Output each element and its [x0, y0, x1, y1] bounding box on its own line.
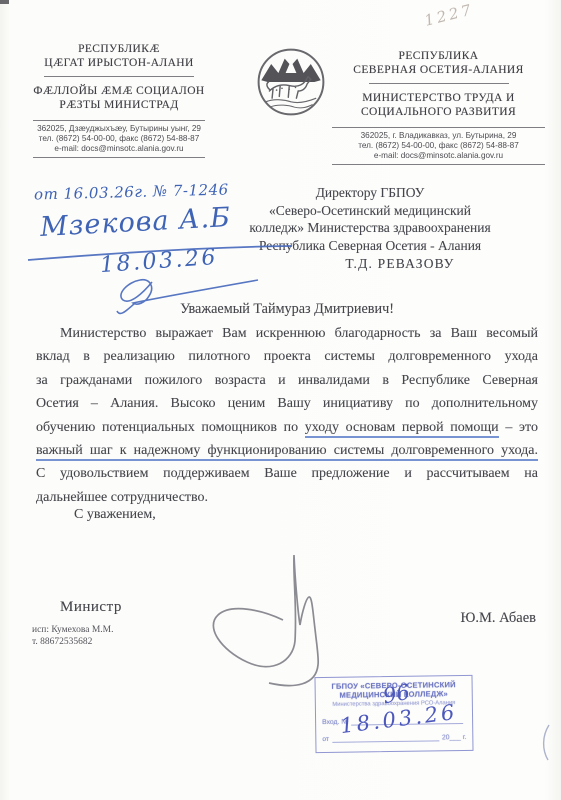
- north-ossetia-coat-of-arms-icon: [255, 46, 327, 118]
- executor-phone: т. 88672535682: [32, 637, 113, 649]
- header-divider: [332, 127, 545, 128]
- stamp-incoming-number-handwriting: 96: [381, 680, 411, 708]
- stamp-date-label: от: [322, 736, 329, 743]
- minister-title: Министр: [60, 599, 122, 616]
- scan-corner-artifact: [0, 0, 9, 4]
- recipient-block: Директору ГБПОУ «Северо-Осетинский медиц…: [245, 184, 495, 254]
- header-left-column: РЕСПУБЛИКÆ ЦÆГАТ ИРЫСТОН-АЛАНИ ФÆЛЛОЙЫ Æ…: [33, 42, 205, 162]
- ministry-name-ossetian-line2: РÆЗТЫ МИНИСТРАД: [33, 98, 205, 112]
- body-text: обучению потенциальных помощников по: [36, 420, 305, 435]
- executor-note: исп: Кумехова М.М. т. 88672535682: [32, 625, 113, 648]
- closing-phrase: С уважением,: [74, 507, 156, 523]
- scanned-letter-page: 1227 РЕСПУБЛИКÆ ЦÆГАТ ИРЫСТОН-АЛАНИ ФÆЛЛ…: [0, 0, 561, 800]
- republic-name-ossetian-line1: РЕСПУБЛИКÆ: [33, 42, 205, 56]
- outgoing-ref-handwriting: от 16.03.26г. № 7-1246: [34, 180, 229, 203]
- address-line: 362025, г. Владикавказ, ул. Бутырина, 29: [332, 131, 545, 141]
- address-line: e-mail: docs@minsotc.alania.gov.ru: [33, 144, 205, 154]
- recipient-line: «Северо-Осетинский медицинский: [245, 202, 495, 220]
- recipient-line: Республика Северная Осетия - Алания: [245, 237, 495, 255]
- address-line: 362025, Дзæуджыхъæу, Бутырины уынг, 29: [33, 124, 205, 134]
- ministry-name-russian-line1: МИНИСТЕРСТВО ТРУДА И: [332, 91, 545, 105]
- republic-name-ossetian-line2: ЦÆГАТ ИРЫСТОН-АЛАНИ: [33, 56, 205, 70]
- body-paragraph: Министерство выражает Вам искреннюю благ…: [36, 322, 538, 509]
- signer-name: Ю.М. Абаев: [452, 610, 536, 627]
- minister-signature-stroke: [213, 555, 318, 686]
- resolution-signature-handwriting: Мзекова А.Б: [39, 202, 231, 243]
- header-divider: [369, 83, 509, 84]
- ministry-name-ossetian-line1: ФÆЛЛОЙЫ ÆМÆ СОЦИАЛОН: [33, 84, 205, 98]
- greeting: Уважаемый Таймураз Дмитриевич!: [36, 301, 538, 318]
- header-divider: [33, 120, 205, 121]
- body-text: – это: [499, 420, 538, 435]
- body-line: С удовольствием поддерживаем Ваше предло…: [36, 462, 538, 485]
- stamp-year-suffix: 20___ г.: [442, 734, 466, 741]
- recipient-line: Директору ГБПОУ: [245, 184, 495, 202]
- republic-name-russian-line1: РЕСПУБЛИКА: [332, 49, 545, 63]
- recipient-line: колледж» Министерства здравоохранения: [245, 219, 495, 237]
- header-divider: [44, 76, 194, 77]
- header-divider: [332, 164, 545, 165]
- body-line: вклад в реализацию пилотного проекта сис…: [36, 345, 538, 368]
- address-line: тел. (8672) 54-00-00, факс (8672) 54-88-…: [33, 134, 205, 144]
- header-divider: [33, 157, 205, 158]
- address-line: тел. (8672) 54-00-00, факс (8672) 54-88-…: [332, 141, 545, 151]
- body-line: дальнейшее сотрудничество.: [36, 486, 538, 509]
- recipient-name: Т.Д. РЕВАЗОВУ: [290, 255, 510, 273]
- body-line: за гражданами пожилого возраста и инвали…: [36, 369, 538, 392]
- body-line: важный шаг к надежному функционированию …: [36, 439, 538, 462]
- address-line: e-mail: docs@minsotc.alania.gov.ru: [332, 151, 545, 161]
- pencil-number: 1227: [423, 0, 476, 30]
- executor-name: исп: Кумехова М.М.: [32, 625, 113, 637]
- body-line: обучению потенциальных помощников по ухо…: [36, 416, 538, 439]
- body-line: Осетия – Алания. Высоко ценим Вашу иници…: [36, 392, 538, 415]
- header-right-column: РЕСПУБЛИКА СЕВЕРНАЯ ОСЕТИЯ-АЛАНИЯ МИНИСТ…: [332, 49, 545, 169]
- republic-name-russian-line2: СЕВЕРНАЯ ОСЕТИЯ-АЛАНИЯ: [332, 63, 545, 77]
- stray-pen-mark: [544, 725, 549, 760]
- pen-underlined-text: уходу основам первой помощи: [305, 420, 499, 438]
- pen-underlined-text: важный шаг к надежному функционированию …: [36, 443, 538, 461]
- ministry-name-russian-line2: СОЦИАЛЬНОГО РАЗВИТИЯ: [332, 105, 545, 119]
- resolution-date-handwriting: 18.03.26: [99, 245, 218, 278]
- body-line: Министерство выражает Вам искреннюю благ…: [36, 322, 538, 345]
